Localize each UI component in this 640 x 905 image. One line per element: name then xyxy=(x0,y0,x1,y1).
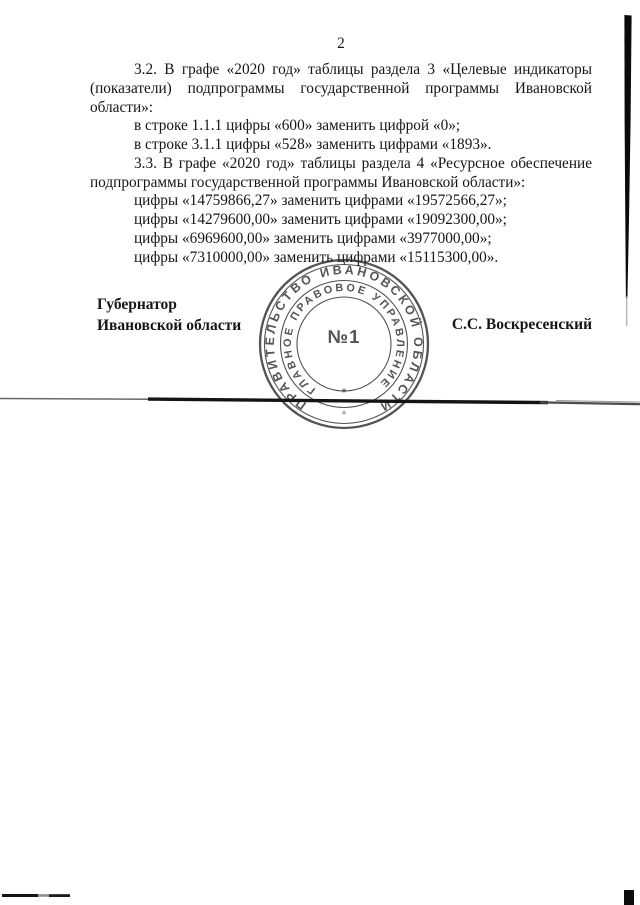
scan-mark-bottom-right xyxy=(624,890,634,905)
document-page: 2 3.2. В графе «2020 год» таблицы раздел… xyxy=(0,0,640,905)
scan-edge-shadow xyxy=(0,0,640,340)
scan-mark-bottom-left xyxy=(0,893,80,899)
scan-fold-line xyxy=(0,392,640,414)
